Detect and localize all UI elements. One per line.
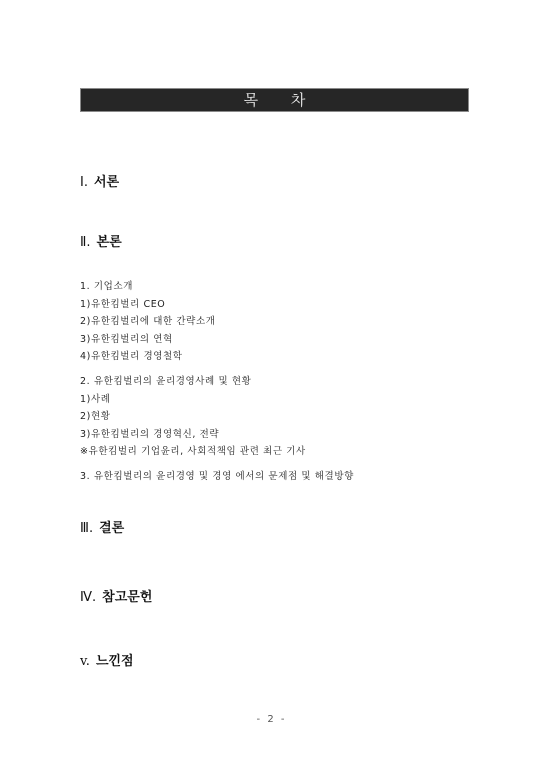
subsection-item: 3. 유한킴벌리의 윤리경영 및 경영 에서의 문제점 및 해결방향 bbox=[80, 468, 354, 486]
subsection-item: 1. 기업소개 bbox=[80, 278, 216, 296]
page-number: - 2 - bbox=[0, 714, 543, 725]
subsection-item: 4)유한킴벌리 경영철학 bbox=[80, 348, 216, 366]
body-subsection-list-2: 2. 유한킴벌리의 윤리경영사례 및 현황 1)사례 2)현황 3)유한킴벌리의… bbox=[80, 373, 306, 461]
section-heading-conclusion: Ⅲ.결론 bbox=[80, 521, 124, 537]
section-label: 참고문헌 bbox=[102, 590, 152, 605]
body-subsection-list-1: 1. 기업소개 1)유한킴벌리 CEO 2)유한킴벌리에 대한 간략소개 3)유… bbox=[80, 278, 216, 366]
section-heading-body: Ⅱ.본론 bbox=[80, 235, 122, 251]
section-numeral: Ⅰ. bbox=[80, 175, 88, 190]
subsection-item: 2)유한킴벌리에 대한 간략소개 bbox=[80, 313, 216, 331]
section-numeral: Ⅱ. bbox=[80, 235, 91, 250]
subsection-item: 1)사례 bbox=[80, 391, 306, 409]
subsection-item: 1)유한킴벌리 CEO bbox=[80, 296, 216, 314]
section-label: 본론 bbox=[97, 235, 122, 250]
toc-title: 목 차 bbox=[230, 93, 320, 108]
section-numeral: v. bbox=[80, 654, 90, 669]
section-label: 결론 bbox=[99, 521, 124, 536]
section-label: 느낀점 bbox=[96, 654, 134, 669]
section-numeral: Ⅲ. bbox=[80, 521, 93, 536]
section-heading-reflection: v.느낀점 bbox=[80, 654, 134, 670]
subsection-item: 3)유한킴벌리의 연혁 bbox=[80, 331, 216, 349]
subsection-item: 3)유한킴벌리의 경영혁신, 전략 bbox=[80, 426, 306, 444]
section-label: 서론 bbox=[94, 175, 119, 190]
section-heading-intro: Ⅰ.서론 bbox=[80, 175, 119, 191]
section-heading-references: Ⅳ.참고문헌 bbox=[80, 590, 152, 606]
document-page: 목 차 Ⅰ.서론 Ⅱ.본론 1. 기업소개 1)유한킴벌리 CEO 2)유한킴벌… bbox=[0, 0, 543, 768]
subsection-item: 2. 유한킴벌리의 윤리경영사례 및 현황 bbox=[80, 373, 306, 391]
body-subsection-list-3: 3. 유한킴벌리의 윤리경영 및 경영 에서의 문제점 및 해결방향 bbox=[80, 468, 354, 486]
toc-title-bar: 목 차 bbox=[80, 88, 469, 112]
subsection-item: ※유한킴벌리 기업윤리, 사회적책임 관련 최근 기사 bbox=[80, 443, 306, 461]
subsection-item: 2)현황 bbox=[80, 408, 306, 426]
section-numeral: Ⅳ. bbox=[80, 590, 96, 605]
